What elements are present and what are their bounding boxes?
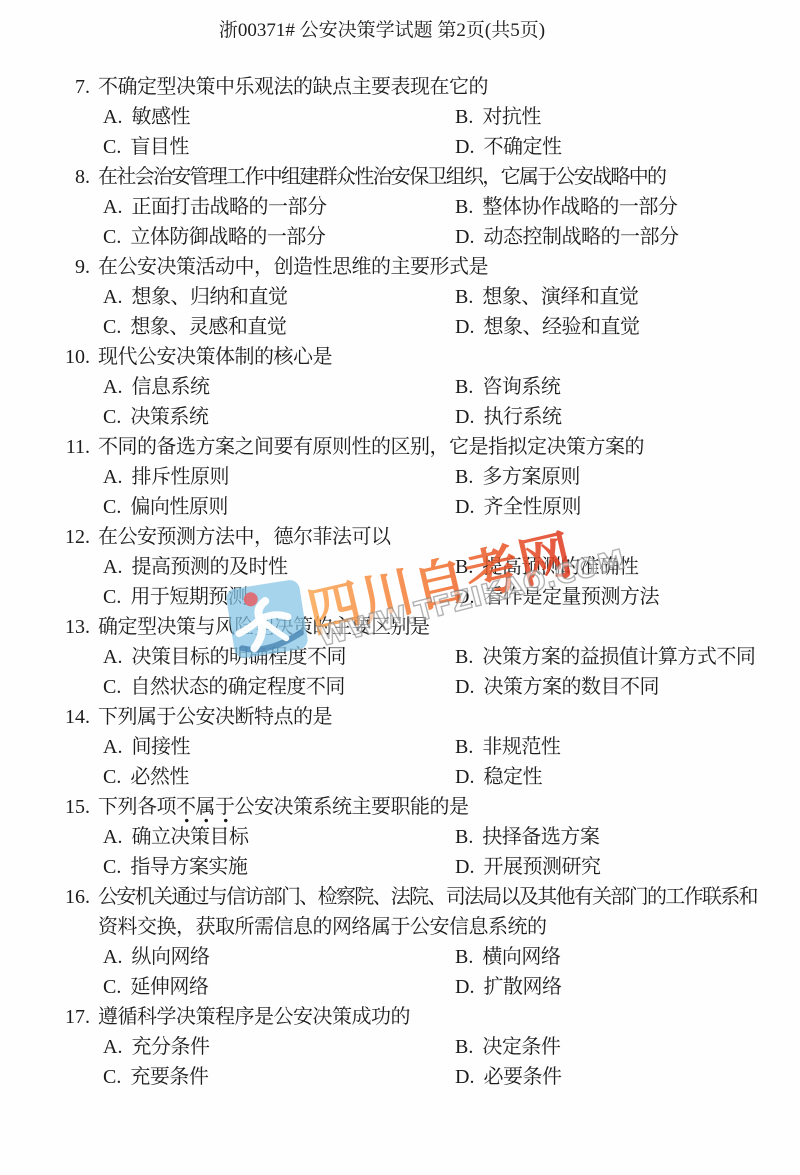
- stem-segment: 遵循科学决策程序是公安决策成功的: [98, 1006, 410, 1028]
- option-text: 偏向性原则: [130, 496, 228, 518]
- question-text: 在公安决策活动中，创造性思维的主要形式是: [98, 252, 488, 282]
- exam-page: 7. 不确定型决策中乐观法的缺点主要表现在它的 A.敏感性 B.对抗性 C.盲目…: [0, 0, 800, 1175]
- option-letter: A.: [103, 942, 122, 972]
- question-17-stem: 17. 遵循科学决策程序是公安决策成功的: [0, 1002, 800, 1032]
- option-a: A.敏感性: [103, 102, 190, 132]
- question-17-options-AB: A.充分条件 B.决定条件: [0, 1032, 800, 1062]
- question-text: 不确定型决策中乐观法的缺点主要表现在它的: [98, 72, 488, 102]
- question-8-options-AB: A.正面打击战略的一部分 B.整体协作战略的一部分: [0, 192, 800, 222]
- stem-segment: 下列各项: [98, 796, 176, 818]
- option-text: 立体防御战略的一部分: [130, 226, 325, 248]
- option-c: C.指导方案实施: [103, 852, 247, 882]
- option-letter: D.: [455, 1062, 474, 1092]
- page-footer: 浙00371# 公安决策学试题 第2页(共5页): [0, 16, 800, 46]
- option-letter: D.: [455, 492, 474, 522]
- option-letter: B.: [455, 552, 473, 582]
- stem-segment: 现代公安决策体制的核心是: [98, 346, 332, 368]
- option-text: 扩散网络: [483, 976, 561, 998]
- stem-segment: 公安机关通过与信访部门、检察院、法院、司法局以及其他有关部门的工作联系和: [98, 886, 757, 908]
- option-letter: C.: [103, 1062, 121, 1092]
- option-b: B.多方案原则: [455, 462, 580, 492]
- option-b: B.咨询系统: [455, 372, 560, 402]
- option-letter: C.: [103, 402, 121, 432]
- question-11-options-AB: A.排斥性原则 B.多方案原则: [0, 462, 800, 492]
- question-list: 7. 不确定型决策中乐观法的缺点主要表现在它的 A.敏感性 B.对抗性 C.盲目…: [0, 72, 800, 1092]
- option-c: C.必然性: [103, 762, 189, 792]
- option-b: B.决策方案的益损值计算方式不同: [455, 642, 755, 672]
- option-b: B.横向网络: [455, 942, 560, 972]
- stem-segment: 不同的备选方案之间要有原则性的区别，它是指拟定决策方案的: [98, 436, 644, 458]
- option-letter: D.: [455, 222, 474, 252]
- option-b: B.想象、演绎和直觉: [455, 282, 638, 312]
- option-text: 充分条件: [131, 1036, 209, 1058]
- option-b: B.整体协作战略的一部分: [455, 192, 677, 222]
- option-text: 决策方案的益损值计算方式不同: [482, 646, 755, 668]
- option-letter: C.: [103, 852, 121, 882]
- question-16-stem: 资料交换，获取所需信息的网络属于公安信息系统的: [0, 912, 800, 942]
- option-letter: D.: [455, 582, 474, 612]
- option-text: 指导方案实施: [130, 856, 247, 878]
- question-text: 下列属于公安决断特点的是: [98, 702, 332, 732]
- option-c: C.偏向性原则: [103, 492, 228, 522]
- option-a: A.信息系统: [103, 372, 209, 402]
- question-number: 13.: [0, 612, 90, 642]
- question-13-options-AB: A.决策目标的明确程度不同 B.决策方案的益损值计算方式不同: [0, 642, 800, 672]
- option-d: D.决策方案的数目不同: [455, 672, 659, 702]
- question-number: 16.: [0, 882, 90, 912]
- option-d: D.稳定性: [455, 762, 542, 792]
- question-11-stem: 11. 不同的备选方案之间要有原则性的区别，它是指拟定决策方案的: [0, 432, 800, 462]
- option-letter: B.: [455, 642, 473, 672]
- option-d: D.动态控制战略的一部分: [455, 222, 678, 252]
- option-letter: D.: [455, 672, 474, 702]
- option-letter: A.: [103, 372, 122, 402]
- question-text: 不同的备选方案之间要有原则性的区别，它是指拟定决策方案的: [98, 432, 644, 462]
- option-text: 看作是定量预测方法: [483, 586, 659, 608]
- option-letter: B.: [455, 1032, 473, 1062]
- option-c: C.决策系统: [103, 402, 208, 432]
- option-d: D.不确定性: [455, 132, 561, 162]
- option-b: B.决定条件: [455, 1032, 560, 1062]
- question-7-stem: 7. 不确定型决策中乐观法的缺点主要表现在它的: [0, 72, 800, 102]
- question-text: 资料交换，获取所需信息的网络属于公安信息系统的: [98, 912, 547, 942]
- question-text: 遵循科学决策程序是公安决策成功的: [98, 1002, 410, 1032]
- question-15-options-CD: C.指导方案实施 D.开展预测研究: [0, 852, 800, 882]
- question-text: 在社会治安管理工作中组建群众性治安保卫组织，它属于公安战略中的: [98, 162, 665, 192]
- stem-segment: 不确定型决策中乐观法的缺点主要表现在它的: [98, 76, 488, 98]
- question-number: 10.: [0, 342, 90, 372]
- question-13-stem: 13. 确定型决策与风险型决策的主要区别是: [0, 612, 800, 642]
- option-letter: B.: [455, 732, 473, 762]
- option-text: 整体协作战略的一部分: [482, 196, 677, 218]
- option-text: 提高预测的准确性: [482, 556, 638, 578]
- option-text: 排斥性原则: [131, 466, 229, 488]
- question-16-stem: 16. 公安机关通过与信访部门、检察院、法院、司法局以及其他有关部门的工作联系和: [0, 882, 800, 912]
- option-c: C.延伸网络: [103, 972, 208, 1002]
- question-17-options-CD: C.充要条件 D.必要条件: [0, 1062, 800, 1092]
- option-letter: A.: [103, 732, 122, 762]
- question-15-stem: 15. 下列各项不属于公安决策系统主要职能的是: [0, 792, 800, 822]
- option-letter: C.: [103, 582, 121, 612]
- option-text: 确立决策目标: [131, 826, 248, 848]
- option-text: 齐全性原则: [483, 496, 581, 518]
- question-12-stem: 12. 在公安预测方法中，德尔菲法可以: [0, 522, 800, 552]
- question-number: 8.: [0, 162, 90, 192]
- option-letter: B.: [455, 372, 473, 402]
- option-text: 想象、灵感和直觉: [130, 316, 286, 338]
- question-9-options-AB: A.想象、归纳和直觉 B.想象、演绎和直觉: [0, 282, 800, 312]
- option-text: 横向网络: [482, 946, 560, 968]
- option-text: 用于短期预测: [130, 586, 247, 608]
- option-letter: D.: [455, 972, 474, 1002]
- option-a: A.正面打击战略的一部分: [103, 192, 326, 222]
- option-a: A.纵向网络: [103, 942, 209, 972]
- question-8-stem: 8. 在社会治安管理工作中组建群众性治安保卫组织，它属于公安战略中的: [0, 162, 800, 192]
- option-text: 间接性: [131, 736, 190, 758]
- option-letter: A.: [103, 102, 122, 132]
- option-letter: A.: [103, 822, 122, 852]
- option-text: 延伸网络: [130, 976, 208, 998]
- option-text: 多方案原则: [482, 466, 580, 488]
- option-b: B.抉择备选方案: [455, 822, 599, 852]
- stem-segment: 确定型决策与风险型决策的主要区别是: [98, 616, 430, 638]
- option-text: 对抗性: [482, 106, 541, 128]
- option-text: 执行系统: [483, 406, 561, 428]
- stem-segment: 在公安决策活动中，创造性思维的主要形式是: [98, 256, 488, 278]
- option-text: 抉择备选方案: [482, 826, 599, 848]
- option-letter: B.: [455, 282, 473, 312]
- question-text: 现代公安决策体制的核心是: [98, 342, 332, 372]
- option-text: 纵向网络: [131, 946, 209, 968]
- option-d: D.扩散网络: [455, 972, 561, 1002]
- option-d: D.执行系统: [455, 402, 561, 432]
- option-letter: D.: [455, 852, 474, 882]
- question-text: 在公安预测方法中，德尔菲法可以: [98, 522, 391, 552]
- option-d: D.必要条件: [455, 1062, 561, 1092]
- stem-segment: 资料交换，获取所需信息的网络属于公安信息系统的: [98, 916, 547, 938]
- option-d: D.想象、经验和直觉: [455, 312, 639, 342]
- option-letter: B.: [455, 462, 473, 492]
- option-text: 充要条件: [130, 1066, 208, 1088]
- option-letter: B.: [455, 942, 473, 972]
- option-letter: C.: [103, 972, 121, 1002]
- option-letter: B.: [455, 192, 473, 222]
- option-letter: C.: [103, 312, 121, 342]
- option-text: 必要条件: [483, 1066, 561, 1088]
- question-13-options-CD: C.自然状态的确定程度不同 D.决策方案的数目不同: [0, 672, 800, 702]
- question-number: 15.: [0, 792, 90, 822]
- option-c: C.自然状态的确定程度不同: [103, 672, 345, 702]
- option-text: 开展预测研究: [483, 856, 600, 878]
- option-text: 想象、经验和直觉: [483, 316, 639, 338]
- option-a: A.提高预测的及时性: [103, 552, 287, 582]
- option-c: C.立体防御战略的一部分: [103, 222, 325, 252]
- question-11-options-CD: C.偏向性原则 D.齐全性原则: [0, 492, 800, 522]
- option-b: B.提高预测的准确性: [455, 552, 638, 582]
- option-text: 正面打击战略的一部分: [131, 196, 326, 218]
- question-14-stem: 14. 下列属于公安决断特点的是: [0, 702, 800, 732]
- stem-segment: 下列属于公安决断特点的是: [98, 706, 332, 728]
- option-text: 必然性: [130, 766, 189, 788]
- option-text: 敏感性: [131, 106, 190, 128]
- question-12-options-AB: A.提高预测的及时性 B.提高预测的准确性: [0, 552, 800, 582]
- question-12-options-CD: C.用于短期预测 D.看作是定量预测方法: [0, 582, 800, 612]
- option-letter: C.: [103, 492, 121, 522]
- question-7-options-CD: C.盲目性 D.不确定性: [0, 132, 800, 162]
- option-a: A.排斥性原则: [103, 462, 229, 492]
- question-14-options-CD: C.必然性 D.稳定性: [0, 762, 800, 792]
- option-letter: A.: [103, 282, 122, 312]
- option-c: C.想象、灵感和直觉: [103, 312, 286, 342]
- question-15-options-AB: A.确立决策目标 B.抉择备选方案: [0, 822, 800, 852]
- option-text: 提高预测的及时性: [131, 556, 287, 578]
- option-a: A.充分条件: [103, 1032, 209, 1062]
- option-text: 决策方案的数目不同: [483, 676, 659, 698]
- option-b: B.对抗性: [455, 102, 541, 132]
- option-letter: A.: [103, 552, 122, 582]
- option-text: 稳定性: [483, 766, 542, 788]
- question-10-stem: 10. 现代公安决策体制的核心是: [0, 342, 800, 372]
- question-16-options-CD: C.延伸网络 D.扩散网络: [0, 972, 800, 1002]
- option-text: 决定条件: [482, 1036, 560, 1058]
- option-a: A.想象、归纳和直觉: [103, 282, 287, 312]
- question-10-options-AB: A.信息系统 B.咨询系统: [0, 372, 800, 402]
- option-c: C.充要条件: [103, 1062, 208, 1092]
- option-letter: C.: [103, 672, 121, 702]
- option-letter: D.: [455, 132, 474, 162]
- option-d: D.开展预测研究: [455, 852, 600, 882]
- stem-segment: 在社会治安管理工作中组建群众性治安保卫组织，它属于公安战略中的: [98, 166, 665, 188]
- stem-segment: 公安决策系统主要职能的是: [235, 796, 469, 818]
- question-16-options-AB: A.纵向网络 B.横向网络: [0, 942, 800, 972]
- question-14-options-AB: A.间接性 B.非规范性: [0, 732, 800, 762]
- option-text: 想象、归纳和直觉: [131, 286, 287, 308]
- option-letter: D.: [455, 402, 474, 432]
- option-letter: A.: [103, 642, 122, 672]
- option-d: D.看作是定量预测方法: [455, 582, 659, 612]
- option-text: 非规范性: [482, 736, 560, 758]
- option-b: B.非规范性: [455, 732, 560, 762]
- option-letter: A.: [103, 1032, 122, 1062]
- option-c: C.盲目性: [103, 132, 189, 162]
- option-letter: D.: [455, 312, 474, 342]
- option-text: 决策系统: [130, 406, 208, 428]
- question-number: 11.: [0, 432, 90, 462]
- option-c: C.用于短期预测: [103, 582, 247, 612]
- option-letter: C.: [103, 762, 121, 792]
- question-8-options-CD: C.立体防御战略的一部分 D.动态控制战略的一部分: [0, 222, 800, 252]
- question-number: 9.: [0, 252, 90, 282]
- option-letter: B.: [455, 822, 473, 852]
- question-text: 确定型决策与风险型决策的主要区别是: [98, 612, 430, 642]
- option-letter: A.: [103, 462, 122, 492]
- question-9-options-CD: C.想象、灵感和直觉 D.想象、经验和直觉: [0, 312, 800, 342]
- option-letter: C.: [103, 132, 121, 162]
- option-text: 信息系统: [131, 376, 209, 398]
- option-a: A.确立决策目标: [103, 822, 248, 852]
- question-text: 公安机关通过与信访部门、检察院、法院、司法局以及其他有关部门的工作联系和: [98, 882, 757, 912]
- question-number: 12.: [0, 522, 90, 552]
- option-text: 动态控制战略的一部分: [483, 226, 678, 248]
- option-text: 不确定性: [483, 136, 561, 158]
- option-text: 决策目标的明确程度不同: [131, 646, 346, 668]
- option-a: A.决策目标的明确程度不同: [103, 642, 346, 672]
- option-letter: C.: [103, 222, 121, 252]
- stem-segment: 在公安预测方法中，德尔菲法可以: [98, 526, 391, 548]
- question-10-options-CD: C.决策系统 D.执行系统: [0, 402, 800, 432]
- option-text: 想象、演绎和直觉: [482, 286, 638, 308]
- question-7-options-AB: A.敏感性 B.对抗性: [0, 102, 800, 132]
- option-text: 咨询系统: [482, 376, 560, 398]
- option-letter: D.: [455, 762, 474, 792]
- option-a: A.间接性: [103, 732, 190, 762]
- option-text: 自然状态的确定程度不同: [130, 676, 345, 698]
- question-text: 下列各项不属于公安决策系统主要职能的是: [98, 792, 469, 822]
- option-letter: A.: [103, 192, 122, 222]
- question-number: 7.: [0, 72, 90, 102]
- emphasized-text: 不属于: [176, 796, 235, 824]
- option-text: 盲目性: [130, 136, 189, 158]
- question-9-stem: 9. 在公安决策活动中，创造性思维的主要形式是: [0, 252, 800, 282]
- question-number: 14.: [0, 702, 90, 732]
- option-letter: B.: [455, 102, 473, 132]
- option-d: D.齐全性原则: [455, 492, 581, 522]
- question-number: 17.: [0, 1002, 90, 1032]
